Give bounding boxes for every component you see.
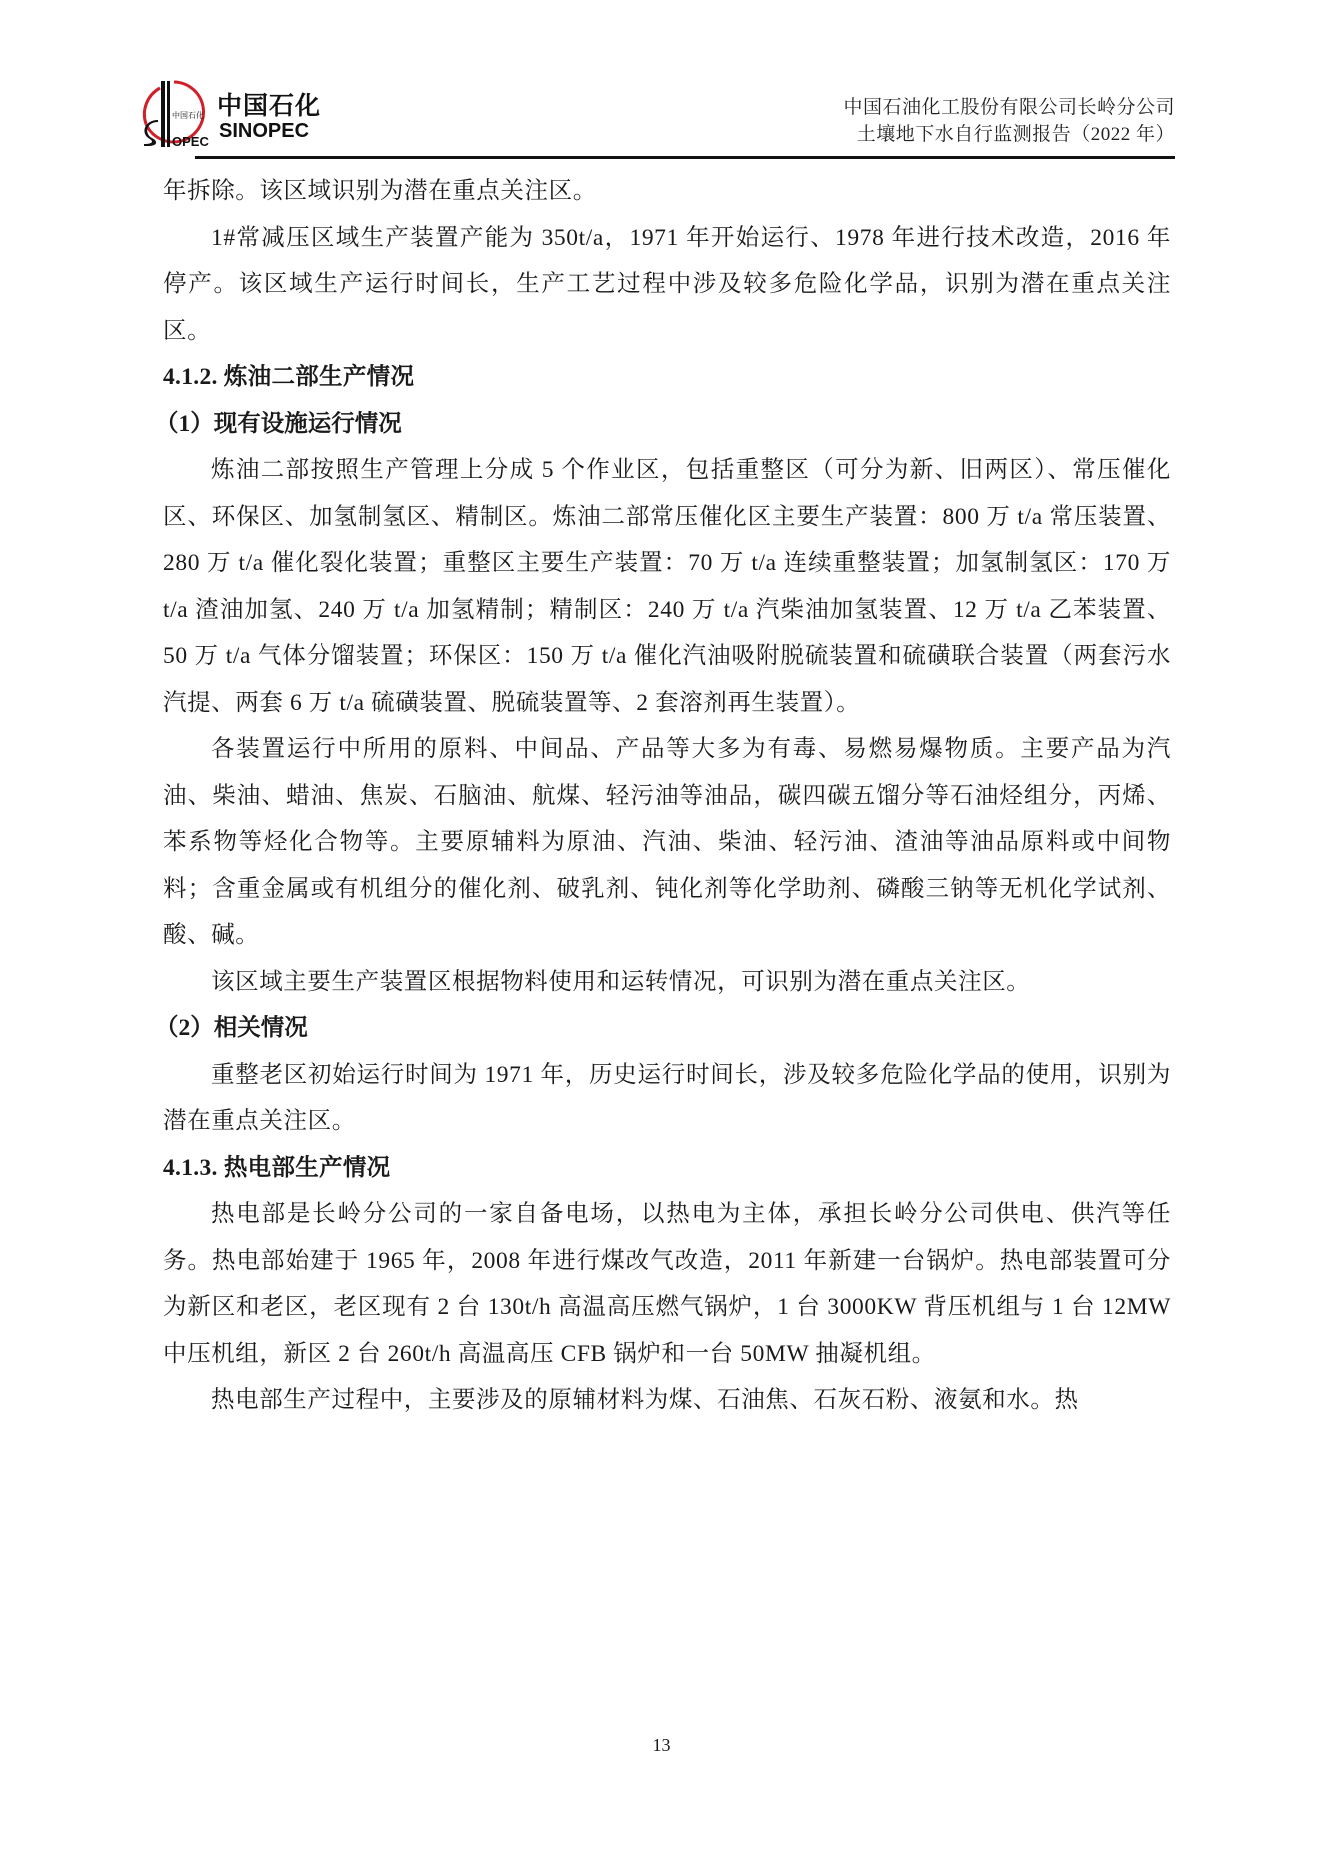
subsection-heading: （2）相关情况 [155,1005,1171,1052]
svg-text:OPEC: OPEC [172,134,209,149]
svg-text:中国石化: 中国石化 [172,110,204,120]
paragraph: 重整老区初始运行时间为 1971 年，历史运行时间长，涉及较多危险化学品的使用，… [163,1052,1171,1145]
paragraph: 热电部是长岭分公司的一家自备电场，以热电为主体，承担长岭分公司供电、供汽等任务。… [163,1191,1171,1377]
page-header: 中国石化 OPEC 中国石化 SINOPEC 中国石油化工股份有限公司长岭分公司… [135,70,1175,158]
logo-chinese-name: 中国石化 [217,86,321,122]
header-divider [195,156,1175,159]
company-name: 中国石油化工股份有限公司长岭分公司 [843,94,1175,121]
section-heading-4-1-2: 4.1.2. 炼油二部生产情况 [163,354,1171,401]
paragraph: 热电部生产过程中，主要涉及的原辅材料为煤、石油焦、石灰石粉、液氨和水。热 [163,1377,1171,1424]
section-heading-4-1-3: 4.1.3. 热电部生产情况 [163,1145,1171,1192]
report-title-block: 中国石油化工股份有限公司长岭分公司 土壤地下水自行监测报告（2022 年） [843,94,1175,148]
report-title: 土壤地下水自行监测报告（2022 年） [843,121,1175,148]
paragraph: 1#常减压区域生产装置产能为 350t/a，1971 年开始运行、1978 年进… [163,215,1171,355]
subsection-heading: （1）现有设施运行情况 [155,401,1171,448]
paragraph: 该区域主要生产装置区根据物料使用和运转情况，可识别为潜在重点关注区。 [163,959,1171,1006]
sinopec-logo: 中国石化 OPEC 中国石化 SINOPEC [135,78,405,150]
paragraph: 炼油二部按照生产管理上分成 5 个作业区，包括重整区（可分为新、旧两区）、常压催… [163,447,1171,726]
logo-english-name: SINOPEC [219,120,309,143]
paragraph: 各装置运行中所用的原料、中间品、产品等大多为有毒、易燃易爆物质。主要产品为汽油、… [163,726,1171,959]
paragraph-continuation: 年拆除。该区域识别为潜在重点关注区。 [163,168,1171,215]
page-number: 13 [0,1735,1323,1756]
sinopec-emblem-icon: 中国石化 OPEC [138,78,210,150]
page-body: 年拆除。该区域识别为潜在重点关注区。 1#常减压区域生产装置产能为 350t/a… [163,168,1171,1424]
